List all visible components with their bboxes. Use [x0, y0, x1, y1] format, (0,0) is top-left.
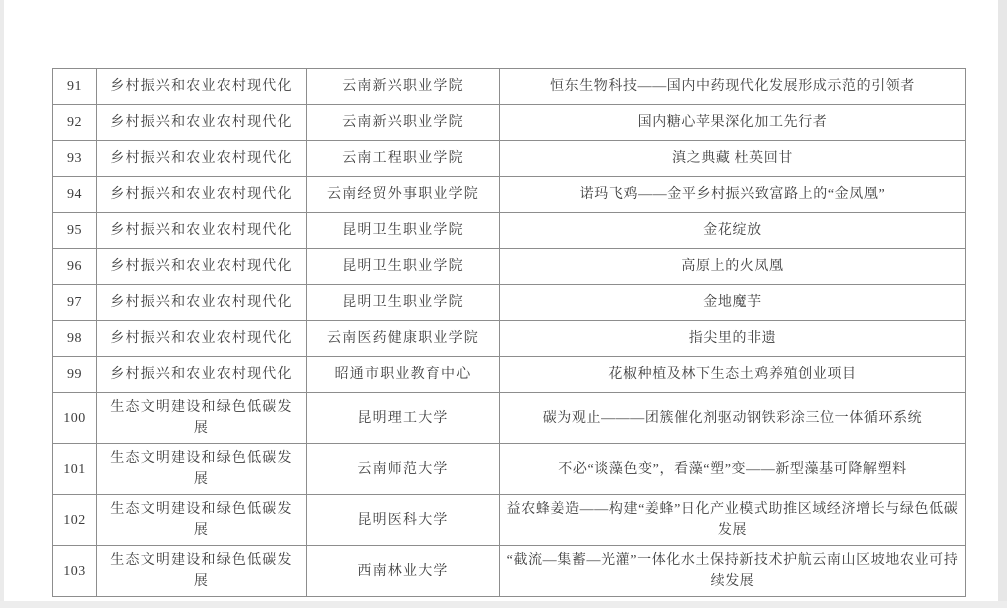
- row-number-cell: 94: [53, 177, 97, 213]
- row-number-cell: 96: [53, 249, 97, 285]
- table-row: 92 乡村振兴和农业农村现代化 云南新兴职业学院 国内糖心苹果深化加工先行者: [53, 105, 966, 141]
- table-row: 95 乡村振兴和农业农村现代化 昆明卫生职业学院 金花绽放: [53, 213, 966, 249]
- table-row: 102 生态文明建设和绿色低碳发展 昆明医科大学 益农蜂姜造——构建“姜蜂”日化…: [53, 495, 966, 546]
- institution-cell: 昆明卫生职业学院: [307, 213, 500, 249]
- document-page: { "page": { "background": "#ffffff", "bo…: [0, 0, 1007, 608]
- institution-cell: 云南经贸外事职业学院: [307, 177, 500, 213]
- project-cell: 国内糖心苹果深化加工先行者: [500, 105, 966, 141]
- table-row: 97 乡村振兴和农业农村现代化 昆明卫生职业学院 金地魔芋: [53, 285, 966, 321]
- project-cell: 高原上的火凤凰: [500, 249, 966, 285]
- institution-cell: 昆明理工大学: [307, 393, 500, 444]
- institution-cell: 云南新兴职业学院: [307, 105, 500, 141]
- category-cell: 乡村振兴和农业农村现代化: [97, 285, 307, 321]
- row-number-cell: 92: [53, 105, 97, 141]
- row-number-cell: 99: [53, 357, 97, 393]
- category-cell: 乡村振兴和农业农村现代化: [97, 213, 307, 249]
- table-row: 103 生态文明建设和绿色低碳发展 西南林业大学 “截流—集蓄—光灌”一体化水土…: [53, 546, 966, 597]
- projects-table: 91 乡村振兴和农业农村现代化 云南新兴职业学院 恒东生物科技——国内中药现代化…: [52, 68, 966, 597]
- table-row: 98 乡村振兴和农业农村现代化 云南医药健康职业学院 指尖里的非遗: [53, 321, 966, 357]
- table-row: 96 乡村振兴和农业农村现代化 昆明卫生职业学院 高原上的火凤凰: [53, 249, 966, 285]
- category-cell: 乡村振兴和农业农村现代化: [97, 249, 307, 285]
- page-edge-left: [0, 0, 4, 608]
- category-cell: 生态文明建设和绿色低碳发展: [97, 444, 307, 495]
- project-cell: 指尖里的非遗: [500, 321, 966, 357]
- row-number-cell: 100: [53, 393, 97, 444]
- row-number-cell: 97: [53, 285, 97, 321]
- row-number-cell: 102: [53, 495, 97, 546]
- row-number-cell: 98: [53, 321, 97, 357]
- table-row: 101 生态文明建设和绿色低碳发展 云南师范大学 不必“谈藻色变”，看藻“塑”变…: [53, 444, 966, 495]
- institution-cell: 昆明医科大学: [307, 495, 500, 546]
- category-cell: 乡村振兴和农业农村现代化: [97, 69, 307, 105]
- table-row: 99 乡村振兴和农业农村现代化 昭通市职业教育中心 花椒种植及林下生态土鸡养殖创…: [53, 357, 966, 393]
- projects-table-body: 91 乡村振兴和农业农村现代化 云南新兴职业学院 恒东生物科技——国内中药现代化…: [53, 69, 966, 597]
- category-cell: 乡村振兴和农业农村现代化: [97, 357, 307, 393]
- institution-cell: 昆明卫生职业学院: [307, 285, 500, 321]
- table-row: 100 生态文明建设和绿色低碳发展 昆明理工大学 碳为观止———团簇催化剂驱动钢…: [53, 393, 966, 444]
- project-cell: 金地魔芋: [500, 285, 966, 321]
- category-cell: 生态文明建设和绿色低碳发展: [97, 546, 307, 597]
- row-number-cell: 93: [53, 141, 97, 177]
- category-cell: 生态文明建设和绿色低碳发展: [97, 393, 307, 444]
- page-edge-right: [998, 0, 1007, 608]
- project-cell: 益农蜂姜造——构建“姜蜂”日化产业模式助推区域经济增长与绿色低碳发展: [500, 495, 966, 546]
- table-row: 91 乡村振兴和农业农村现代化 云南新兴职业学院 恒东生物科技——国内中药现代化…: [53, 69, 966, 105]
- institution-cell: 云南师范大学: [307, 444, 500, 495]
- project-cell: 花椒种植及林下生态土鸡养殖创业项目: [500, 357, 966, 393]
- institution-cell: 昭通市职业教育中心: [307, 357, 500, 393]
- project-cell: 碳为观止———团簇催化剂驱动钢铁彩涂三位一体循环系统: [500, 393, 966, 444]
- row-number-cell: 101: [53, 444, 97, 495]
- page-edge-bottom: [0, 601, 1007, 608]
- row-number-cell: 91: [53, 69, 97, 105]
- category-cell: 乡村振兴和农业农村现代化: [97, 177, 307, 213]
- institution-cell: 云南新兴职业学院: [307, 69, 500, 105]
- project-cell: 诺玛飞鸡——金平乡村振兴致富路上的“金凤凰”: [500, 177, 966, 213]
- project-cell: 滇之典藏 杜英回甘: [500, 141, 966, 177]
- category-cell: 乡村振兴和农业农村现代化: [97, 105, 307, 141]
- table-row: 94 乡村振兴和农业农村现代化 云南经贸外事职业学院 诺玛飞鸡——金平乡村振兴致…: [53, 177, 966, 213]
- institution-cell: 云南工程职业学院: [307, 141, 500, 177]
- row-number-cell: 95: [53, 213, 97, 249]
- category-cell: 乡村振兴和农业农村现代化: [97, 321, 307, 357]
- table-row: 93 乡村振兴和农业农村现代化 云南工程职业学院 滇之典藏 杜英回甘: [53, 141, 966, 177]
- project-cell: 恒东生物科技——国内中药现代化发展形成示范的引领者: [500, 69, 966, 105]
- institution-cell: 云南医药健康职业学院: [307, 321, 500, 357]
- project-cell: “截流—集蓄—光灌”一体化水土保持新技术护航云南山区坡地农业可持续发展: [500, 546, 966, 597]
- institution-cell: 西南林业大学: [307, 546, 500, 597]
- category-cell: 乡村振兴和农业农村现代化: [97, 141, 307, 177]
- row-number-cell: 103: [53, 546, 97, 597]
- project-cell: 不必“谈藻色变”，看藻“塑”变——新型藻基可降解塑料: [500, 444, 966, 495]
- project-cell: 金花绽放: [500, 213, 966, 249]
- institution-cell: 昆明卫生职业学院: [307, 249, 500, 285]
- category-cell: 生态文明建设和绿色低碳发展: [97, 495, 307, 546]
